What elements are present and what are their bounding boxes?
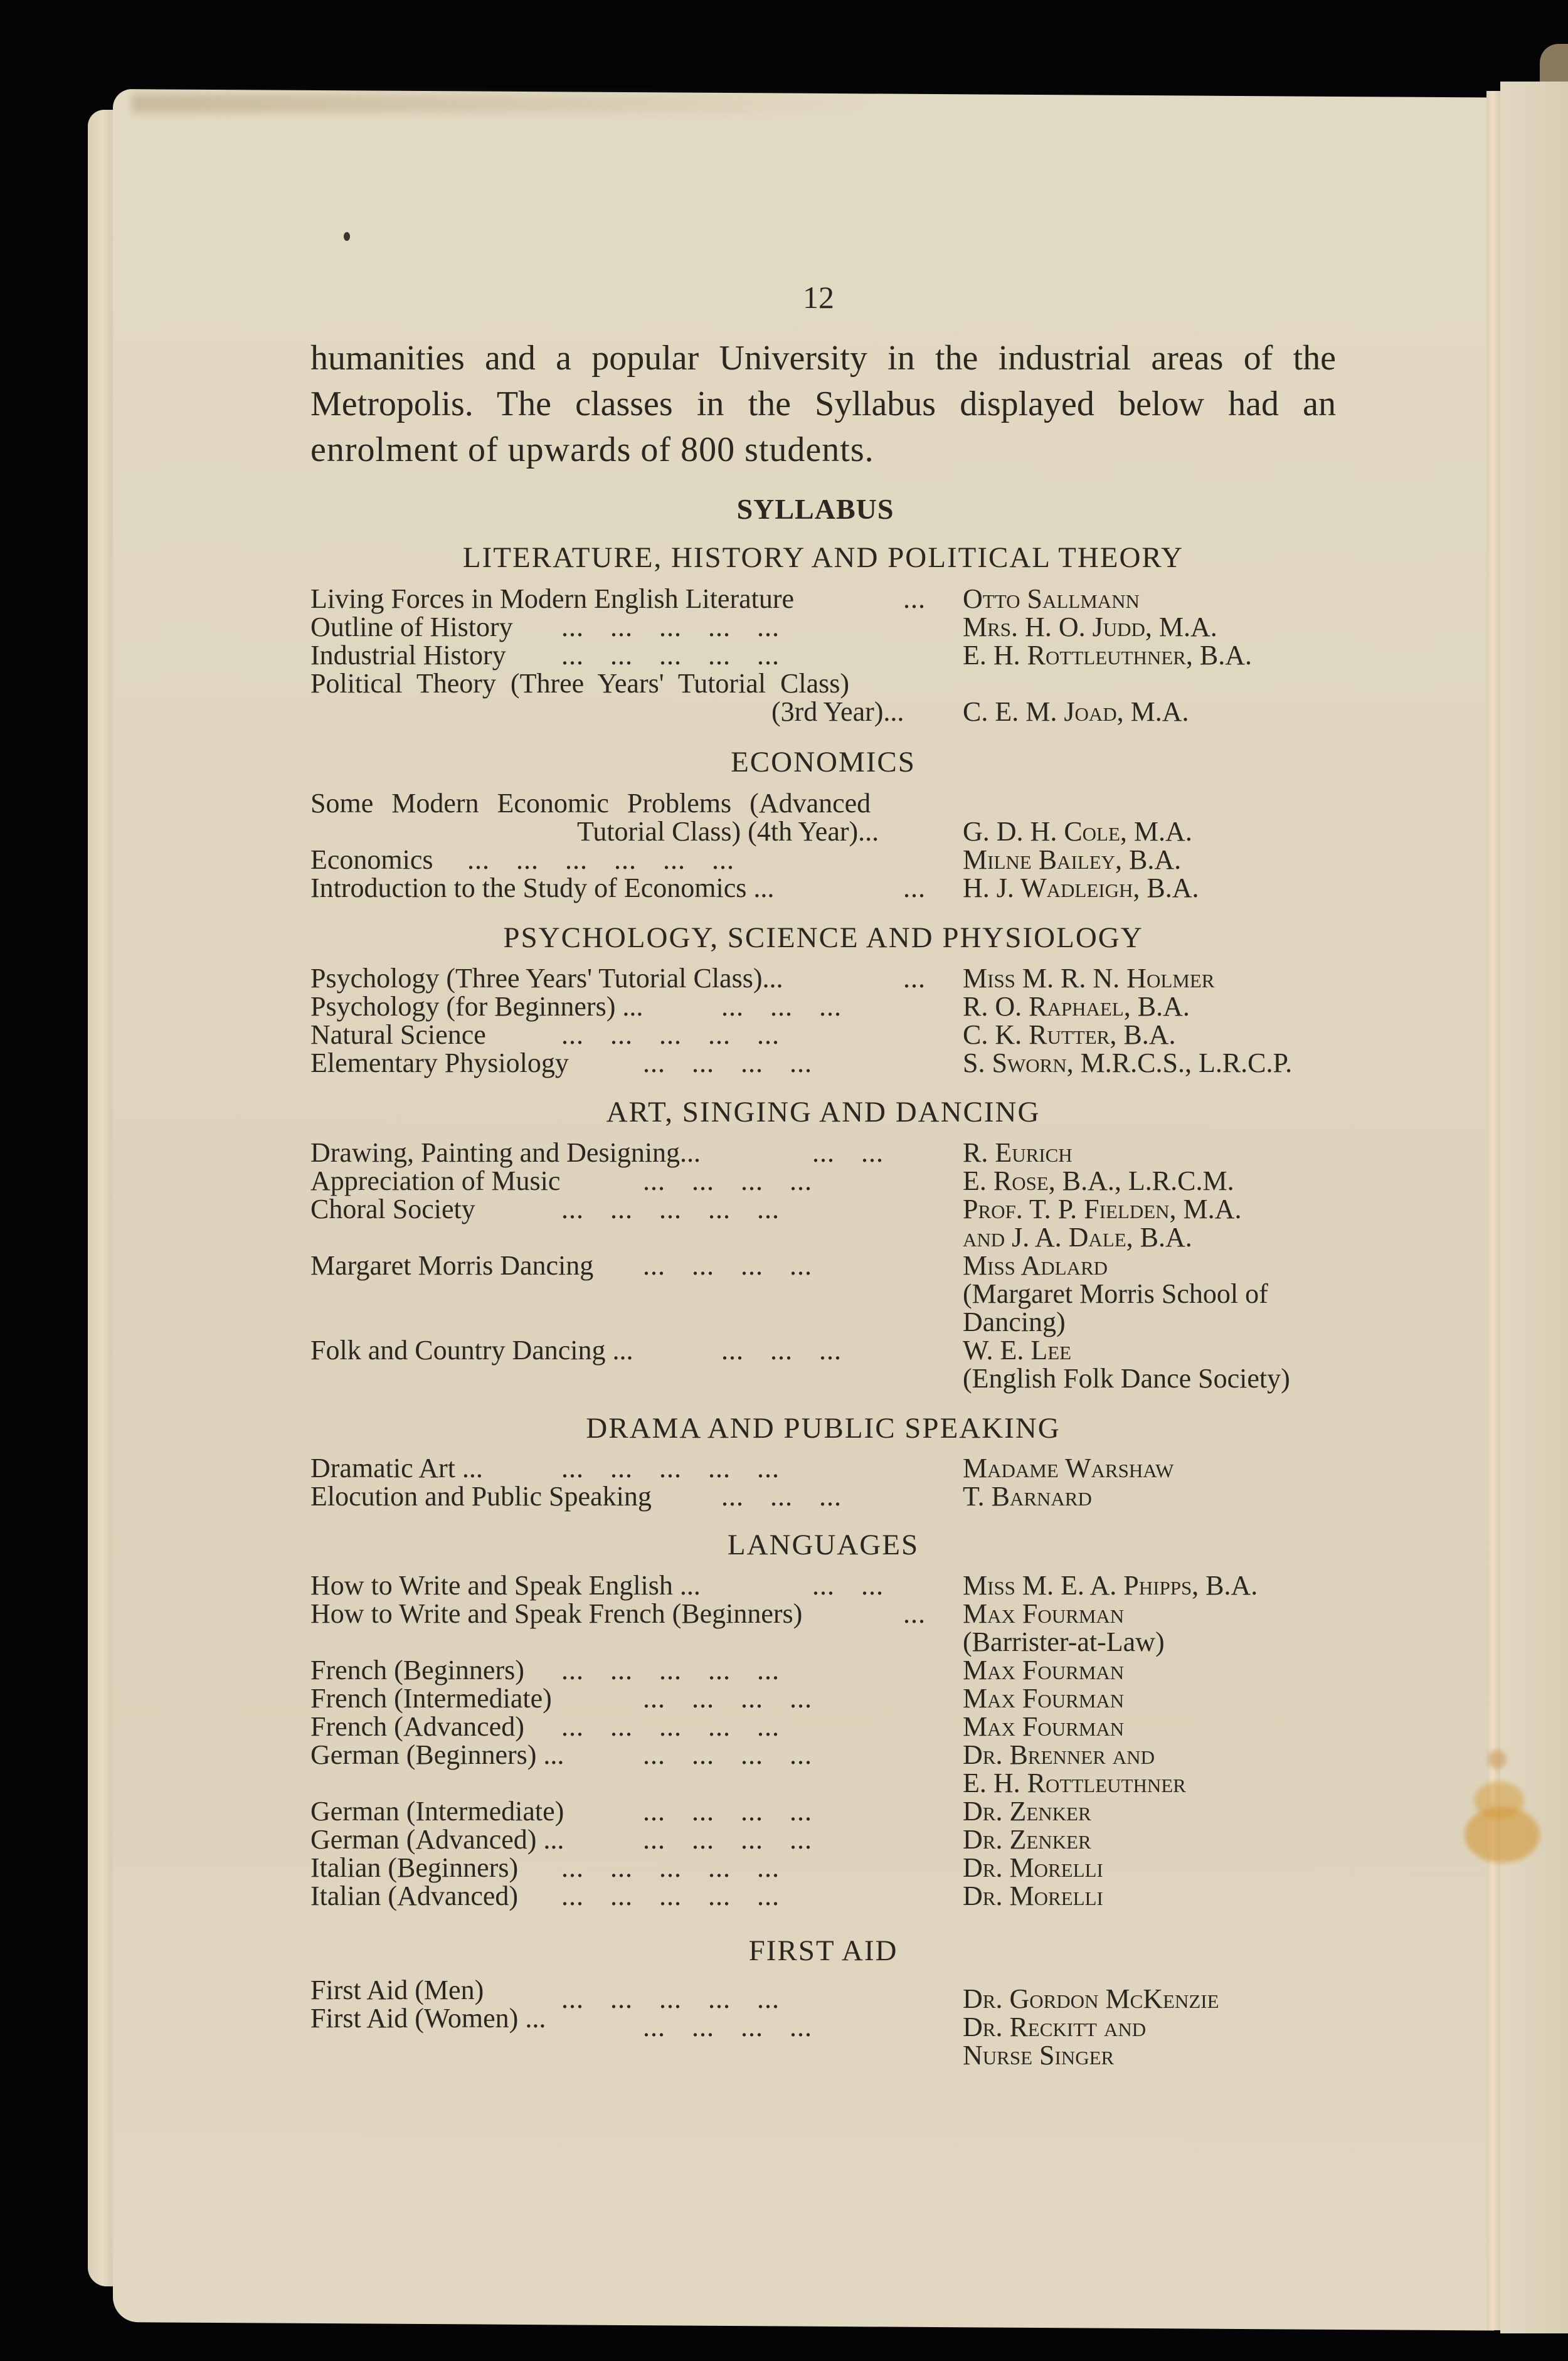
course-title: Choral Society — [310, 1195, 475, 1224]
course-title: Political Theory (Three Years' Tutorial … — [310, 669, 849, 698]
course-row: Elocution and Public Speaking ... ... ..… — [310, 1482, 1389, 1511]
leader-dots: ... — [903, 874, 926, 903]
leader-dots: ... ... ... ... — [643, 1049, 812, 1078]
course-title: First Aid (Women) ... — [310, 2004, 546, 2033]
course-row: Margaret Morris Dancing ... ... ... ... … — [310, 1251, 1389, 1280]
course-row: and J. A. Dale, B.A. — [310, 1223, 1389, 1252]
leader-dots: ... ... ... ... ... ... — [467, 846, 734, 874]
course-title: German (Beginners) ... — [310, 1741, 564, 1769]
section-heading-literature: LITERATURE, HISTORY AND POLITICAL THEORY — [310, 541, 1336, 575]
course-row: Political Theory (Three Years' Tutorial … — [310, 669, 1389, 698]
course-row: (English Folk Dance Society) — [310, 1364, 1389, 1393]
section-heading-languages: LANGUAGES — [310, 1528, 1336, 1562]
course-title: Elocution and Public Speaking — [310, 1482, 652, 1511]
instructor-name: Max Fourman — [963, 1684, 1124, 1713]
course-row: Some Modern Economic Problems (Advanced — [310, 789, 1389, 818]
gutter-stain — [1465, 1807, 1540, 1863]
instructor-name-continued: and J. A. Dale, B.A. — [963, 1223, 1192, 1252]
leader-dots: ... ... ... — [721, 1482, 842, 1511]
course-row: Introduction to the Study of Economics .… — [310, 874, 1389, 903]
leader-dots: ... ... ... ... — [643, 1167, 812, 1196]
intro-line: humanities and a popular University in t… — [310, 336, 1336, 381]
instructor-name: Max Fourman — [963, 1600, 1124, 1628]
instructor-name: Miss M. E. A. Phipps, B.A. — [963, 1571, 1258, 1600]
course-row: First Aid (Men) ... ... ... ... ... Dr. … — [310, 1976, 1389, 2005]
course-row: French (Beginners) ... ... ... ... ... M… — [310, 1656, 1389, 1685]
leader-dots: ... ... ... ... ... — [561, 1656, 780, 1685]
instructor-name: C. K. Rutter, B.A. — [963, 1021, 1175, 1049]
instructor-affiliation: Dancing) — [963, 1308, 1066, 1337]
section-heading-first-aid: FIRST AID — [310, 1934, 1336, 1968]
instructor-name: Dr. Morelli — [963, 1854, 1103, 1882]
course-row: Tutorial Class) (4th Year)... G. D. H. C… — [310, 817, 1389, 846]
course-title-continued: (3rd Year)... — [771, 698, 904, 726]
course-row: Folk and Country Dancing ... ... ... ...… — [310, 1336, 1389, 1365]
leader-dots: ... ... ... ... ... — [561, 1021, 780, 1049]
book-gutter — [1486, 91, 1500, 2330]
leader-dots: ... — [903, 585, 926, 613]
intro-paragraph: humanities and a popular University in t… — [310, 336, 1336, 473]
course-row: Psychology (Three Years' Tutorial Class)… — [310, 964, 1389, 993]
instructor-name: G. D. H. Cole, M.A. — [963, 817, 1192, 846]
course-row: German (Advanced) ... ... ... ... ... Dr… — [310, 1825, 1389, 1854]
course-row: How to Write and Speak French (Beginners… — [310, 1600, 1389, 1628]
page-number: 12 — [784, 279, 853, 316]
course-row: Outline of History ... ... ... ... ... M… — [310, 613, 1389, 642]
instructor-name: S. Sworn, M.R.C.S., L.R.C.P. — [963, 1049, 1292, 1078]
leader-dots: ... ... ... ... — [643, 1684, 812, 1713]
course-row: Italian (Beginners) ... ... ... ... ... … — [310, 1854, 1389, 1882]
course-row: Elementary Physiology ... ... ... ... S.… — [310, 1049, 1389, 1078]
course-title: Some Modern Economic Problems (Advanced — [310, 789, 871, 818]
course-title: First Aid (Men) — [310, 1976, 484, 2005]
leader-dots: ... ... ... ... — [643, 2013, 812, 2042]
section-heading-art: ART, SINGING AND DANCING — [310, 1095, 1336, 1129]
instructor-name: Max Fourman — [963, 1712, 1124, 1741]
course-title: Psychology (Three Years' Tutorial Class)… — [310, 964, 783, 993]
course-title: Industrial History — [310, 641, 506, 670]
course-row: Italian (Advanced) ... ... ... ... ... D… — [310, 1882, 1389, 1911]
instructor-name: Prof. T. P. Fielden, M.A. — [963, 1195, 1241, 1224]
course-title-continued: Tutorial Class) (4th Year)... — [577, 817, 879, 846]
instructor-affiliation: (Margaret Morris School of — [963, 1280, 1268, 1308]
instructor-name: E. H. Rottleuthner, B.A. — [963, 641, 1252, 670]
course-row: German (Beginners) ... ... ... ... ... D… — [310, 1741, 1389, 1769]
leader-dots: ... ... ... ... ... — [561, 613, 780, 642]
course-row: French (Intermediate) ... ... ... ... Ma… — [310, 1684, 1389, 1713]
section-heading-drama: DRAMA AND PUBLIC SPEAKING — [310, 1411, 1336, 1445]
instructor-name: Dr. Brenner and — [963, 1741, 1155, 1769]
leader-dots: ... ... ... ... — [643, 1251, 812, 1280]
course-title: German (Intermediate) — [310, 1797, 564, 1826]
gutter-stain — [1488, 1750, 1507, 1769]
instructor-name: T. Barnard — [963, 1482, 1092, 1511]
course-row: Dancing) — [310, 1308, 1389, 1337]
instructor-name: Dr. Reckitt and — [963, 2013, 1146, 2042]
course-title: Dramatic Art ... — [310, 1454, 483, 1483]
course-row: Drawing, Painting and Designing... ... .… — [310, 1138, 1389, 1167]
course-row: Living Forces in Modern English Literatu… — [310, 585, 1389, 613]
course-row: Economics ... ... ... ... ... ... Milne … — [310, 846, 1389, 874]
instructor-name: R. O. Raphael, B.A. — [963, 992, 1190, 1021]
instructor-name: Milne Bailey, B.A. — [963, 846, 1181, 874]
instructor-name: Mrs. H. O. Judd, M.A. — [963, 613, 1217, 642]
course-title: Outline of History — [310, 613, 513, 642]
instructor-name: C. E. M. Joad, M.A. — [963, 698, 1189, 726]
course-row: (3rd Year)... C. E. M. Joad, M.A. — [310, 698, 1389, 726]
course-title: Psychology (for Beginners) ... — [310, 992, 643, 1021]
instructor-name: Dr. Zenker — [963, 1797, 1091, 1826]
course-title: Italian (Advanced) — [310, 1882, 518, 1911]
facing-page — [1500, 82, 1568, 2333]
instructor-name: Otto Sallmann — [963, 585, 1140, 613]
leader-dots: ... ... ... ... ... — [561, 641, 780, 670]
course-row: Choral Society ... ... ... ... ... Prof.… — [310, 1195, 1389, 1224]
section-heading-economics: ECONOMICS — [310, 745, 1336, 779]
course-row: Psychology (for Beginners) ... ... ... .… — [310, 992, 1389, 1021]
course-row: Nurse Singer — [310, 2041, 1389, 2070]
course-row: How to Write and Speak English ... ... .… — [310, 1571, 1389, 1600]
instructor-name: Dr. Zenker — [963, 1825, 1091, 1854]
course-row: Dramatic Art ... ... ... ... ... ... Mad… — [310, 1454, 1389, 1483]
course-title: Drawing, Painting and Designing... — [310, 1138, 701, 1167]
leader-dots: ... ... ... ... ... — [561, 1454, 780, 1483]
course-row: Natural Science ... ... ... ... ... C. K… — [310, 1021, 1389, 1049]
instructor-name: Madame Warshaw — [963, 1454, 1173, 1483]
course-title: Elementary Physiology — [310, 1049, 569, 1078]
intro-line: Metropolis. The classes in the Syllabus … — [310, 381, 1336, 427]
course-title: Living Forces in Modern English Literatu… — [310, 585, 794, 613]
course-title: French (Beginners) — [310, 1656, 524, 1685]
instructor-name: Miss Adlard — [963, 1251, 1108, 1280]
intro-line: enrolment of upwards of 800 students. — [310, 427, 1336, 473]
leader-dots: ... ... ... ... — [643, 1741, 812, 1769]
course-row: Appreciation of Music ... ... ... ... E.… — [310, 1167, 1389, 1196]
course-row: (Barrister-at-Law) — [310, 1628, 1389, 1657]
course-row: First Aid (Women) ... ... ... ... ... Dr… — [310, 2004, 1389, 2033]
course-title: Economics — [310, 846, 433, 874]
leader-dots: ... ... ... — [721, 992, 842, 1021]
course-row: French (Advanced) ... ... ... ... ... Ma… — [310, 1712, 1389, 1741]
ink-speck — [344, 232, 350, 241]
course-row: German (Intermediate) ... ... ... ... Dr… — [310, 1797, 1389, 1826]
instructor-name: Dr. Morelli — [963, 1882, 1103, 1911]
instructor-affiliation: (English Folk Dance Society) — [963, 1364, 1290, 1393]
instructor-affiliation: (Barrister-at-Law) — [963, 1628, 1165, 1657]
course-title: Folk and Country Dancing ... — [310, 1336, 633, 1365]
syllabus-title: SYLLABUS — [627, 492, 1004, 526]
course-title: How to Write and Speak French (Beginners… — [310, 1600, 802, 1628]
section-heading-psychology: PSYCHOLOGY, SCIENCE AND PHYSIOLOGY — [310, 921, 1336, 955]
instructor-name: Max Fourman — [963, 1656, 1124, 1685]
course-title: Appreciation of Music — [310, 1167, 560, 1196]
instructor-name: W. E. Lee — [963, 1336, 1071, 1365]
course-title: French (Intermediate) — [310, 1684, 552, 1713]
instructor-name-continued: Nurse Singer — [963, 2041, 1114, 2070]
course-title: French (Advanced) — [310, 1712, 524, 1741]
leader-dots: ... ... ... ... ... — [561, 1712, 780, 1741]
course-title: How to Write and Speak English ... — [310, 1571, 701, 1600]
leader-dots: ... ... ... — [721, 1336, 842, 1365]
course-title: Introduction to the Study of Economics .… — [310, 874, 774, 903]
page-top-stain — [132, 94, 884, 113]
instructor-name: E. Rose, B.A., L.R.C.M. — [963, 1167, 1234, 1196]
course-title: Margaret Morris Dancing — [310, 1251, 593, 1280]
course-row: E. H. Rottleuthner — [310, 1769, 1389, 1798]
instructor-name-continued: E. H. Rottleuthner — [963, 1769, 1186, 1798]
leader-dots: ... ... ... ... ... — [561, 1854, 780, 1882]
instructor-name: Miss M. R. N. Holmer — [963, 964, 1214, 993]
instructor-name: R. Eurich — [963, 1138, 1073, 1167]
leader-dots: ... ... ... ... — [643, 1825, 812, 1854]
course-row: (Margaret Morris School of — [310, 1280, 1389, 1308]
instructor-name: H. J. Wadleigh, B.A. — [963, 874, 1199, 903]
leader-dots: ... — [903, 964, 926, 993]
leader-dots: ... ... ... ... ... — [561, 1882, 780, 1911]
course-title: Italian (Beginners) — [310, 1854, 518, 1882]
leader-dots: ... ... — [812, 1138, 884, 1167]
leader-dots: ... ... ... ... ... — [561, 1195, 780, 1224]
course-row: Industrial History ... ... ... ... ... E… — [310, 641, 1389, 670]
leader-dots: ... ... — [812, 1571, 884, 1600]
course-title: German (Advanced) ... — [310, 1825, 564, 1854]
leader-dots: ... ... ... ... — [643, 1797, 812, 1826]
leader-dots: ... — [903, 1600, 926, 1628]
course-title: Natural Science — [310, 1021, 486, 1049]
